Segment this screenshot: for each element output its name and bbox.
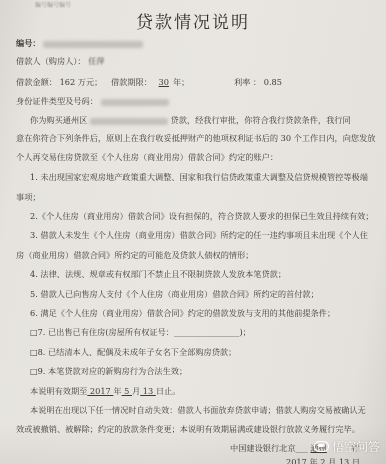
id-label: 身份证件类型及号码：: [16, 96, 98, 106]
speech-bubble-icon: [314, 441, 329, 452]
loan-terms-row: 借款金额： 162 万元； 借款期限： 30年； 利率 ： 0.85: [16, 77, 282, 88]
checkbox-8: □: [30, 348, 38, 357]
checkbox-9: □: [30, 367, 38, 376]
validity-day: 13: [140, 386, 156, 396]
number-label: 编号：: [16, 38, 41, 48]
validity-row: 本说明有效期至 2017 年 5 月 13 日止。: [30, 386, 180, 397]
loan-term-value: 30: [155, 77, 173, 87]
borrower-row: 借款人（购房人）： 任萍: [16, 56, 105, 67]
void-line-1: 本说明在出现以下任一情况时自动失效：借款人书面放弃贷款申请；借款人购房交易被确认…: [30, 405, 366, 416]
number-row: 编号：: [16, 38, 143, 49]
void-line-2: 效或被撤销、被解除；约定的放款条件变更；本说明有效期届满或建设银行放款义务履行完…: [16, 424, 360, 435]
intro-line-3: 个人再交易住房贷款至《个人住房（商业用房）借款合同》约定的账户：: [16, 152, 278, 163]
checkbox-item-7: □7. 已出售已有住房(房屋所有权证号：________________)；: [30, 327, 251, 338]
condition-3-cont: 房（商业用房）借款合同》所约定的可能危及贷款人债权的情形；: [16, 250, 253, 261]
condition-4: 4. 法律、法规、规章或有权部门不禁止且不限制贷款人发放本笔贷款；: [30, 269, 286, 280]
bank-prefix: 中国建设银行北京: [230, 443, 296, 453]
top-edge-text: 编号编号编号: [35, 0, 75, 8]
page-title: 贷款情况说明: [0, 8, 386, 33]
condition-2: 2.《个人住房（商业用房）借款合同》设有担保的，符合贷款人要求的担保已生效且持续…: [30, 211, 374, 222]
checkbox-item-9: □9. 本笔贷款对应的新购房行为合法生效；: [30, 366, 187, 377]
checkbox-7-text: 7. 已出售已有住房(房屋所有权证号：: [38, 327, 174, 337]
validity-year-unit: 年: [113, 386, 121, 396]
loan-statement-document: 编号编号编号 贷款情况说明 编号： 借款人（购房人）： 任萍 借款金额： 162…: [0, 0, 386, 464]
intro-line-1: 你为购买通州区 贷款，经我行审批，你符合我行贷款条件，我行同: [30, 115, 351, 126]
condition-1: 1. 未出现国家宏观房地产政策重大调整、国家和我行信贷政策重大调整及信贷规模管控…: [30, 172, 368, 183]
condition-3: 3. 借款人未发生《个人住房（商业用房）借款合同》所约定的任一违约事项且未出现《…: [30, 230, 368, 241]
intro-line-2: 意在你符合下列条件后，原则上在我行收妥抵押财产的他项权利证书后的 30 个工作日…: [16, 133, 376, 144]
checkbox-9-text: 9. 本笔贷款对应的新购房行为合法生效；: [38, 366, 188, 376]
checkbox-8-text: 8. 已结清本人、配偶及未成年子女名下全部购房贷款；: [38, 347, 237, 357]
validity-prefix: 本说明有效期至: [30, 386, 87, 396]
bank-blank: ___: [296, 443, 308, 453]
validity-month-unit: 月: [132, 386, 140, 396]
condition-5: 5. 借款人已向售房人支付《个人住房（商业用房）借款合同》所约定的首付款；: [30, 289, 319, 300]
borrower-label: 借款人（购房人）：: [16, 56, 86, 66]
checkbox-7-text-end: )；: [239, 327, 250, 337]
rate-label: 利率 ：: [234, 77, 261, 87]
certificate-number-blank: ________________: [174, 327, 240, 337]
loan-amount-label: 借款金额：: [16, 77, 57, 87]
redacted-address: [90, 118, 168, 125]
redacted-number: [43, 41, 143, 48]
checkbox-item-8: □8. 已结清本人、配偶及未成年子女名下全部购房贷款；: [30, 347, 236, 358]
watermark-text: 悟空问答: [332, 438, 380, 455]
validity-month: 5: [122, 386, 132, 396]
watermark: 悟空问答: [314, 438, 380, 455]
intro-text-a: 你为购买通州区: [30, 115, 87, 125]
loan-term-label: 借款期限：: [111, 77, 152, 87]
condition-1-cont: 事项；: [16, 192, 41, 203]
borrower-value: 任萍: [88, 56, 104, 66]
rate-value: 0.85: [264, 77, 282, 87]
redacted-id: [101, 99, 169, 106]
checkbox-7: □: [30, 328, 38, 337]
validity-suffix: 日止。: [156, 386, 181, 396]
intro-text-b: 贷款，经我行审批，你符合我行贷款条件，我行同: [171, 115, 351, 125]
validity-year: 2017: [87, 386, 113, 396]
id-row: 身份证件类型及号码：: [16, 96, 169, 107]
sign-date: 2017 年 2 月 13 日: [286, 457, 360, 464]
loan-amount-value: 162 万元；: [60, 77, 103, 87]
condition-6: 6. 满足《个人住房（商业用房）借款合同》约定的借款发放与支用的其他前提条件；: [30, 308, 335, 319]
loan-term-unit: 年；: [173, 77, 189, 87]
